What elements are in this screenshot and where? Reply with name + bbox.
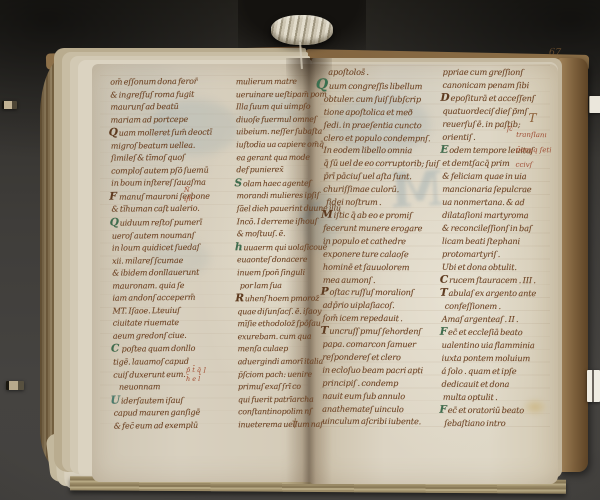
manuscript-text-line: Amaſ argenteaſ . II . [442,313,556,326]
manuscript-text-line: fecerunt munere erogare [323,222,441,236]
decorated-initial: h [235,241,243,253]
manuscript-text-line: Fec̄ et eccleſiā beato [442,326,556,339]
manuscript-text-line: multa optulit . [441,391,555,404]
decorated-initial: U [110,393,120,406]
manuscript-text-line: ppriae cum greſſionſ [443,66,557,79]
manuscript-text-line: inuem ſpon̄ ſinguli [237,267,315,280]
text-column-left-page-a: om̄ eſſonum dona feror̄& ingreſſuſ roma … [110,75,238,433]
manuscript-text-line: iuſtodia ua capiere om̄q̄ [236,139,314,152]
manuscript-text-line: protomartyriſ . [442,248,556,261]
manuscript-text-line: N̄ [184,186,193,195]
manuscript-text-line: anathemateſ uinculo [322,402,440,416]
decorated-initial: T [321,325,329,337]
decorated-initial: F [439,404,446,416]
manuscript-text-line: dilataſioni martyroma [442,209,556,222]
manuscript-text-line: qui fuerit patrīarcha [238,394,316,407]
manuscript-text-line: inueterema uellum naſ [238,419,316,432]
manuscript-text-line: p̄rī pāciuſ uel aſta ſunt. [323,170,441,184]
bookmark-tab-right-upper [589,96,600,113]
manuscript-text-line: Crucem ſtauracem . III . [442,274,556,287]
manuscript-text-line: clero et populo condempnſ. [324,131,442,145]
decorated-initial: R [235,292,244,304]
manuscript-text-line: iuxta pontem moluium [442,352,556,365]
manuscript-text-line: ſāel dieh pauerint duune illū [237,203,315,216]
manuscript-text-line: dedicauit et dona [442,378,556,391]
manuscript-photo: M N om̄ eſſonum dona feror̄& ingreſſuſ r… [0,0,600,500]
manuscript-text-line: canonicam penam ſibi [443,79,557,92]
manuscript-text-line: in populo et cathedre [323,234,441,248]
decorated-initial: F [440,326,447,338]
cover-right-board [558,58,588,472]
manuscript-text-line: quae diſunſacſ. ē. iſaoy [237,305,315,318]
manuscript-text-line: uinculum aſcribi iubente. [322,415,440,429]
folio-number: 67 [549,47,561,58]
manuscript-text-line: Tabulaſ ex argento ante [442,287,556,300]
manuscript-text-line: hominē et ſauuolorem [323,260,441,274]
text-column-left-page-b: mulierum matreueruinare ueſtipam̄ pom̄Il… [236,76,316,432]
bookmark-tab-left-upper [2,101,17,109]
decorated-initial: S [234,177,242,189]
manuscript-text-line: mancionaria ſepulcrae [442,183,556,196]
bookmark-tab-left-lower [6,381,24,390]
manuscript-text-line: Quiduum reſtoſ pumerī [112,215,236,230]
decorated-initial: Q [110,217,119,229]
manuscript-text-line: Miſtic q̄ ab eo e promiſ [323,209,441,223]
manuscript-text-line: C poſtea quam donllo [113,342,237,357]
manuscript-text-line: Uiderſautem iſauſ [113,393,237,408]
manuscript-text-line: ua nonmertana. & ad [442,196,556,209]
manuscript-text-line: in ecloſuo beam pacri apti [322,364,440,378]
manuscript-text-line: nauit eum ſub annulo [322,389,440,403]
decorated-initial: Q [109,127,118,139]
decorated-initial: Q [316,77,328,93]
manuscript-text-line: T [516,108,552,129]
manuscript-text-line: principiſ . condemp [322,376,440,390]
manuscript-text-line: churiſſimae culorū. [323,183,441,197]
margin-gloss-red-upper: N̄ıſh̄ [184,186,193,204]
manuscript-text-line: def punierex̄ [236,164,314,177]
manuscript-text-line: huuaerm qui uolaſicouē [237,240,315,254]
manuscript-text-line: ualentino uia flamminia [442,339,556,352]
manuscript-text-line: mulierum matre [236,76,314,89]
manuscript-text-line: tranſlanı [516,128,552,144]
manuscript-text-line: Illa ſuum qui uimpſo [236,101,314,114]
manuscript-text-line: exponere ture calaoſe [323,247,441,261]
spine-headband [271,15,333,45]
manuscript-text-line: licam beati ſtephani [442,235,556,248]
manuscript-text-line: reſpondereſ et clero [322,351,440,365]
manuscript-text-line: p̄ſciom pach: uenire [238,368,316,381]
manuscript-text-line: ſedi. in praeſentia cuncto [324,118,442,132]
manuscript-text-line: ueruinare ueſtipam̄ pom̄ [236,88,314,101]
manuscript-text-line: & fec̄ eum ad exemplū [114,419,238,433]
manuscript-text-line: Fec̄ et oratoriū beato [441,404,555,417]
manuscript-text-line: h̄ e l̄ [186,375,206,384]
decorated-initial: C [111,343,119,355]
text-column-right-page-a: apoſtolos̄ .Quum congreſſis libellumobtu… [322,66,442,429]
manuscript-text-line: por lam ſua [237,279,315,292]
manuscript-text-line: confeſſionem . [442,300,556,313]
decorated-initial: P [321,286,329,298]
manuscript-text-line: Quum congreſſis libellum [324,79,442,94]
manuscript-text-line: Poſtac ruſſuſ moralionſ [323,286,441,300]
margin-side-mark: ſċ [507,126,513,133]
bottom-margin-cross-mark: † [292,416,299,430]
manuscript-text-line: tione apoſtolica et með [324,105,442,119]
manuscript-text-line: morandi mulieres ipſiſ [237,190,315,203]
manuscript-text-line: Depoſiturā et acceſſenſ [442,92,556,105]
decorated-initial: C [440,274,448,286]
manuscript-text-line: exurebam. cum qua [238,331,316,344]
manuscript-text-line: & moſtuuſ. ē. [237,228,315,241]
manuscript-text-line: menſa culaep [238,343,316,356]
manuscript-text-line: In eodem libello omnia [323,144,441,158]
manuscript-text-line: Ruhenſ hoem pmoroz̄ [237,292,315,306]
manuscript-text-line: Tuncruſſ pmuſ ſehordenſ [323,325,441,339]
manuscript-text-line: apoſtolos̄ . [324,66,442,80]
margin-note-right-rubric: Ttranſlanıp̄onyq ſeticcivſ [515,108,552,174]
manuscript-text-line: á ſolo . quam et ipſe [442,365,556,378]
margin-gloss-red-lower: p̄ t̄ q̄ ]h̄ e l̄ [186,366,206,384]
manuscript-text-line: diuoſe fuermul omneſ [236,114,314,127]
manuscript-text-line: ea gerant qua mode [236,151,314,164]
manuscript-text-line: euaonteſ donacere [237,254,315,267]
manuscript-text-line: fidei noſtrum . [323,196,441,210]
decorated-initial: F [109,191,116,203]
manuscript-text-line: primuſ exaſ ſrī co [238,381,316,394]
manuscript-text-line: mea aumonſ . [323,273,441,287]
manuscript-text-line: adp̄rio uiplaſiacoſ. [323,299,441,313]
manuscript-text-line: ſom̄ icem repedauit . [323,312,441,326]
manuscript-text-line: aduergindi amorī italia [238,356,316,369]
manuscript-text-line: ccivſ [515,158,551,174]
manuscript-text-line: p̄onyq ſeti [516,143,552,159]
bookmark-tab-right-lower [587,370,600,402]
manuscript-text-line: Ubi et dona obtulit. [442,261,556,274]
manuscript-text-line: & reconcileſſionſ in baſ [442,222,556,235]
decorated-initial: D [441,92,450,104]
decorated-initial: E [440,144,448,156]
manuscript-text-line: conſtantinopolim nſ [238,406,316,419]
manuscript-text-line: mīſie ethodoloz̄ ſpōſau [237,318,315,331]
manuscript-text-line: ſebaſtiano intro [441,417,555,430]
decorated-initial: T [440,287,448,299]
manuscript-text-line: F manuſ mauroni ſerbone [111,189,235,204]
manuscript-text-line: uibeium. neſſer ſubaſta [236,126,314,139]
manuscript-text-line: obtuler. cum ſuiſ ſubſcrip [324,93,442,107]
manuscript-text-line: ıſh̄ [184,195,193,204]
manuscript-text-line: Solam haec agenteſ [236,176,314,190]
manuscript-text-line: p̄ t̄ q̄ ] [186,366,206,375]
manuscript-text-line: Quam molleret ſum̄ deoctī [111,126,235,141]
manuscript-text-line: q̄ ſū uel de eo corruptorib; ſuiſ [323,157,441,171]
manuscript-text-line: Incō. I derreme iſhouſ [237,215,315,228]
decorated-initial: M [321,209,333,221]
manuscript-text-line: papa. comarcon ſamuer [322,338,440,352]
